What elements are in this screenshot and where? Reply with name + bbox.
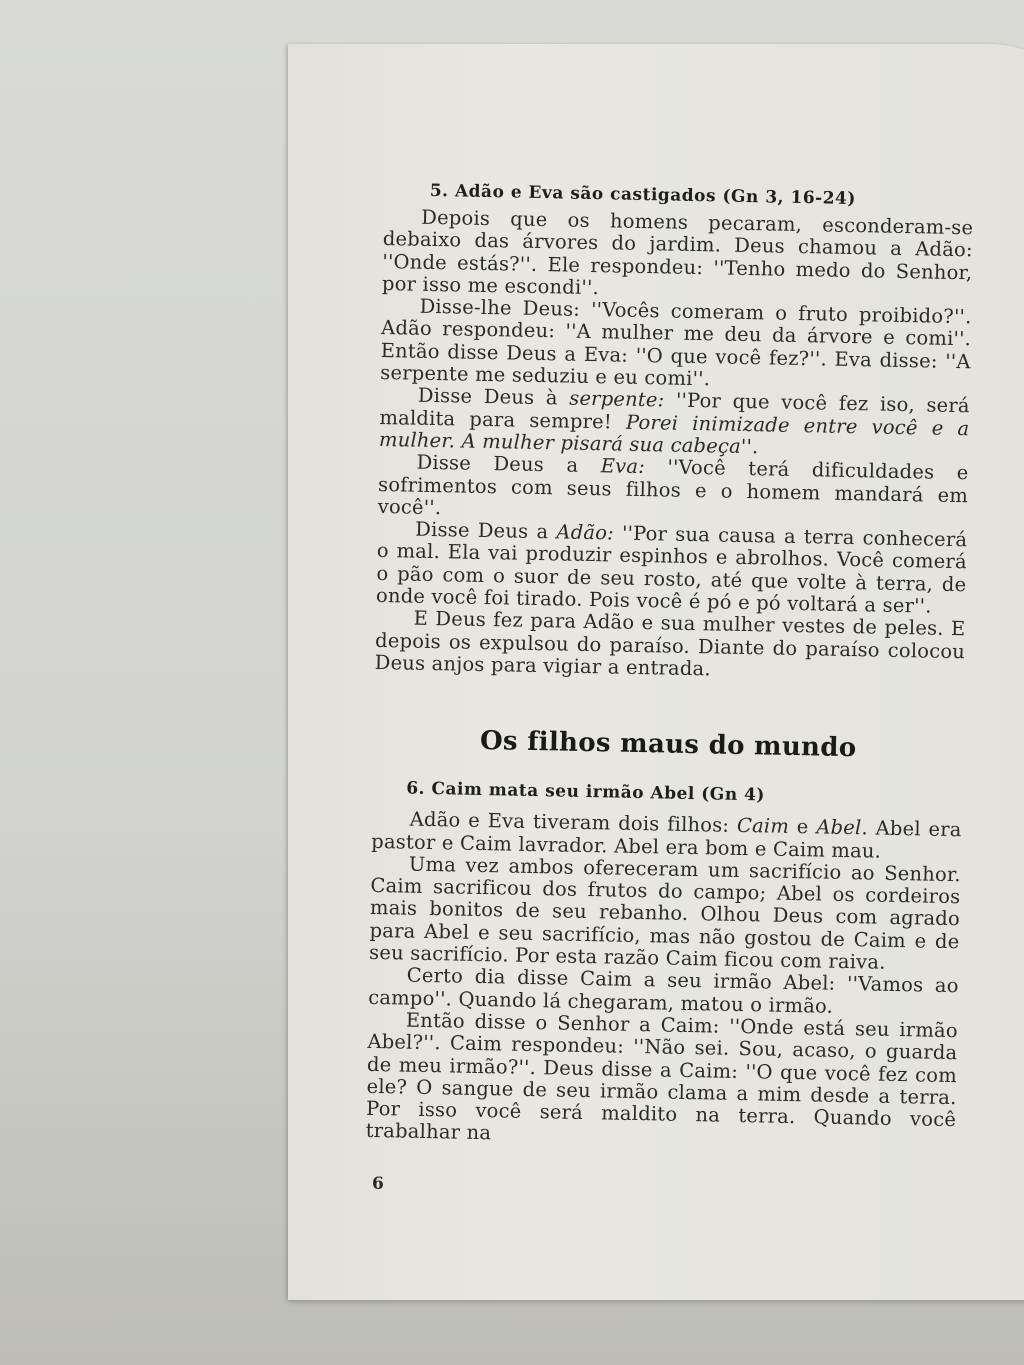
paragraph: Uma vez ambos ofereceram um sacrifício a…	[369, 853, 961, 976]
page-number: 6	[372, 1174, 384, 1194]
paragraph: E Deus fez para Adão e sua mulher vestes…	[375, 607, 966, 685]
paragraph: Disse Deus a Eva: ''Você terá dificuldad…	[378, 451, 969, 529]
paragraph: Disse Deus à serpente: ''Por que você fe…	[379, 384, 970, 462]
chapter-title: Os filhos maus do mundo	[373, 724, 963, 765]
page-content: 5. Adão e Eva são castigados (Gn 3, 16-2…	[366, 180, 974, 1154]
section-6-title: 6. Caim mata seu irmão Abel (Gn 4)	[406, 779, 962, 810]
paragraph: Depois que os homens pecaram, esconderam…	[382, 206, 974, 306]
paragraph: Disse-lhe Deus: ''Vocês comeram o fruto …	[380, 295, 972, 395]
paragraph: Então disse o Senhor a Caim: ''Onde está…	[366, 1009, 958, 1154]
book-page: 5. Adão e Eva são castigados (Gn 3, 16-2…	[288, 44, 1024, 1300]
paragraph: Disse Deus a Adão: ''Por sua causa a ter…	[376, 518, 968, 618]
